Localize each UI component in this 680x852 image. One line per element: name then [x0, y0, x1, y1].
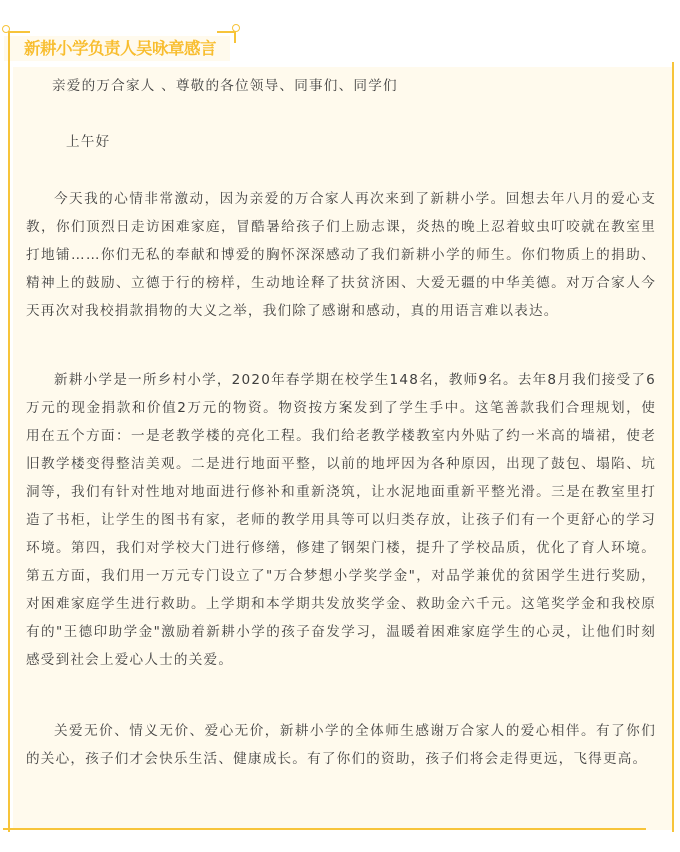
- top-left-horizontal-line: [8, 31, 30, 33]
- paragraph-3: 关爱无价、情义无价、爱心无价，新耕小学的全体师生感谢万合家人的爱心相伴。有了你们…: [26, 717, 656, 773]
- article-frame: 新耕小学负责人吴咏章感言 亲爱的万合家人 、尊敬的各位领导、同事们、同学们 上午…: [0, 0, 680, 852]
- top-left-circle-ornament: [2, 25, 10, 33]
- salutation: 亲爱的万合家人 、尊敬的各位领导、同事们、同学们: [52, 72, 680, 100]
- right-vertical-line: [672, 62, 674, 832]
- greeting: 上午好: [66, 128, 680, 156]
- left-vertical-line: [8, 32, 10, 832]
- top-right-vertical-tick: [234, 31, 236, 43]
- bottom-horizontal-line: [3, 828, 646, 830]
- paragraph-1: 今天我的心情非常激动，因为亲爱的万合家人再次来到了新耕小学。回想去年八月的爱心支…: [26, 185, 656, 325]
- paragraph-2: 新耕小学是一所乡村小学，2020年春学期在校学生148名，教师9名。去年8月我们…: [26, 366, 656, 674]
- top-right-circle-ornament: [232, 24, 240, 32]
- article-title: 新耕小学负责人吴咏章感言: [24, 36, 216, 61]
- top-right-horizontal-line: [217, 31, 234, 33]
